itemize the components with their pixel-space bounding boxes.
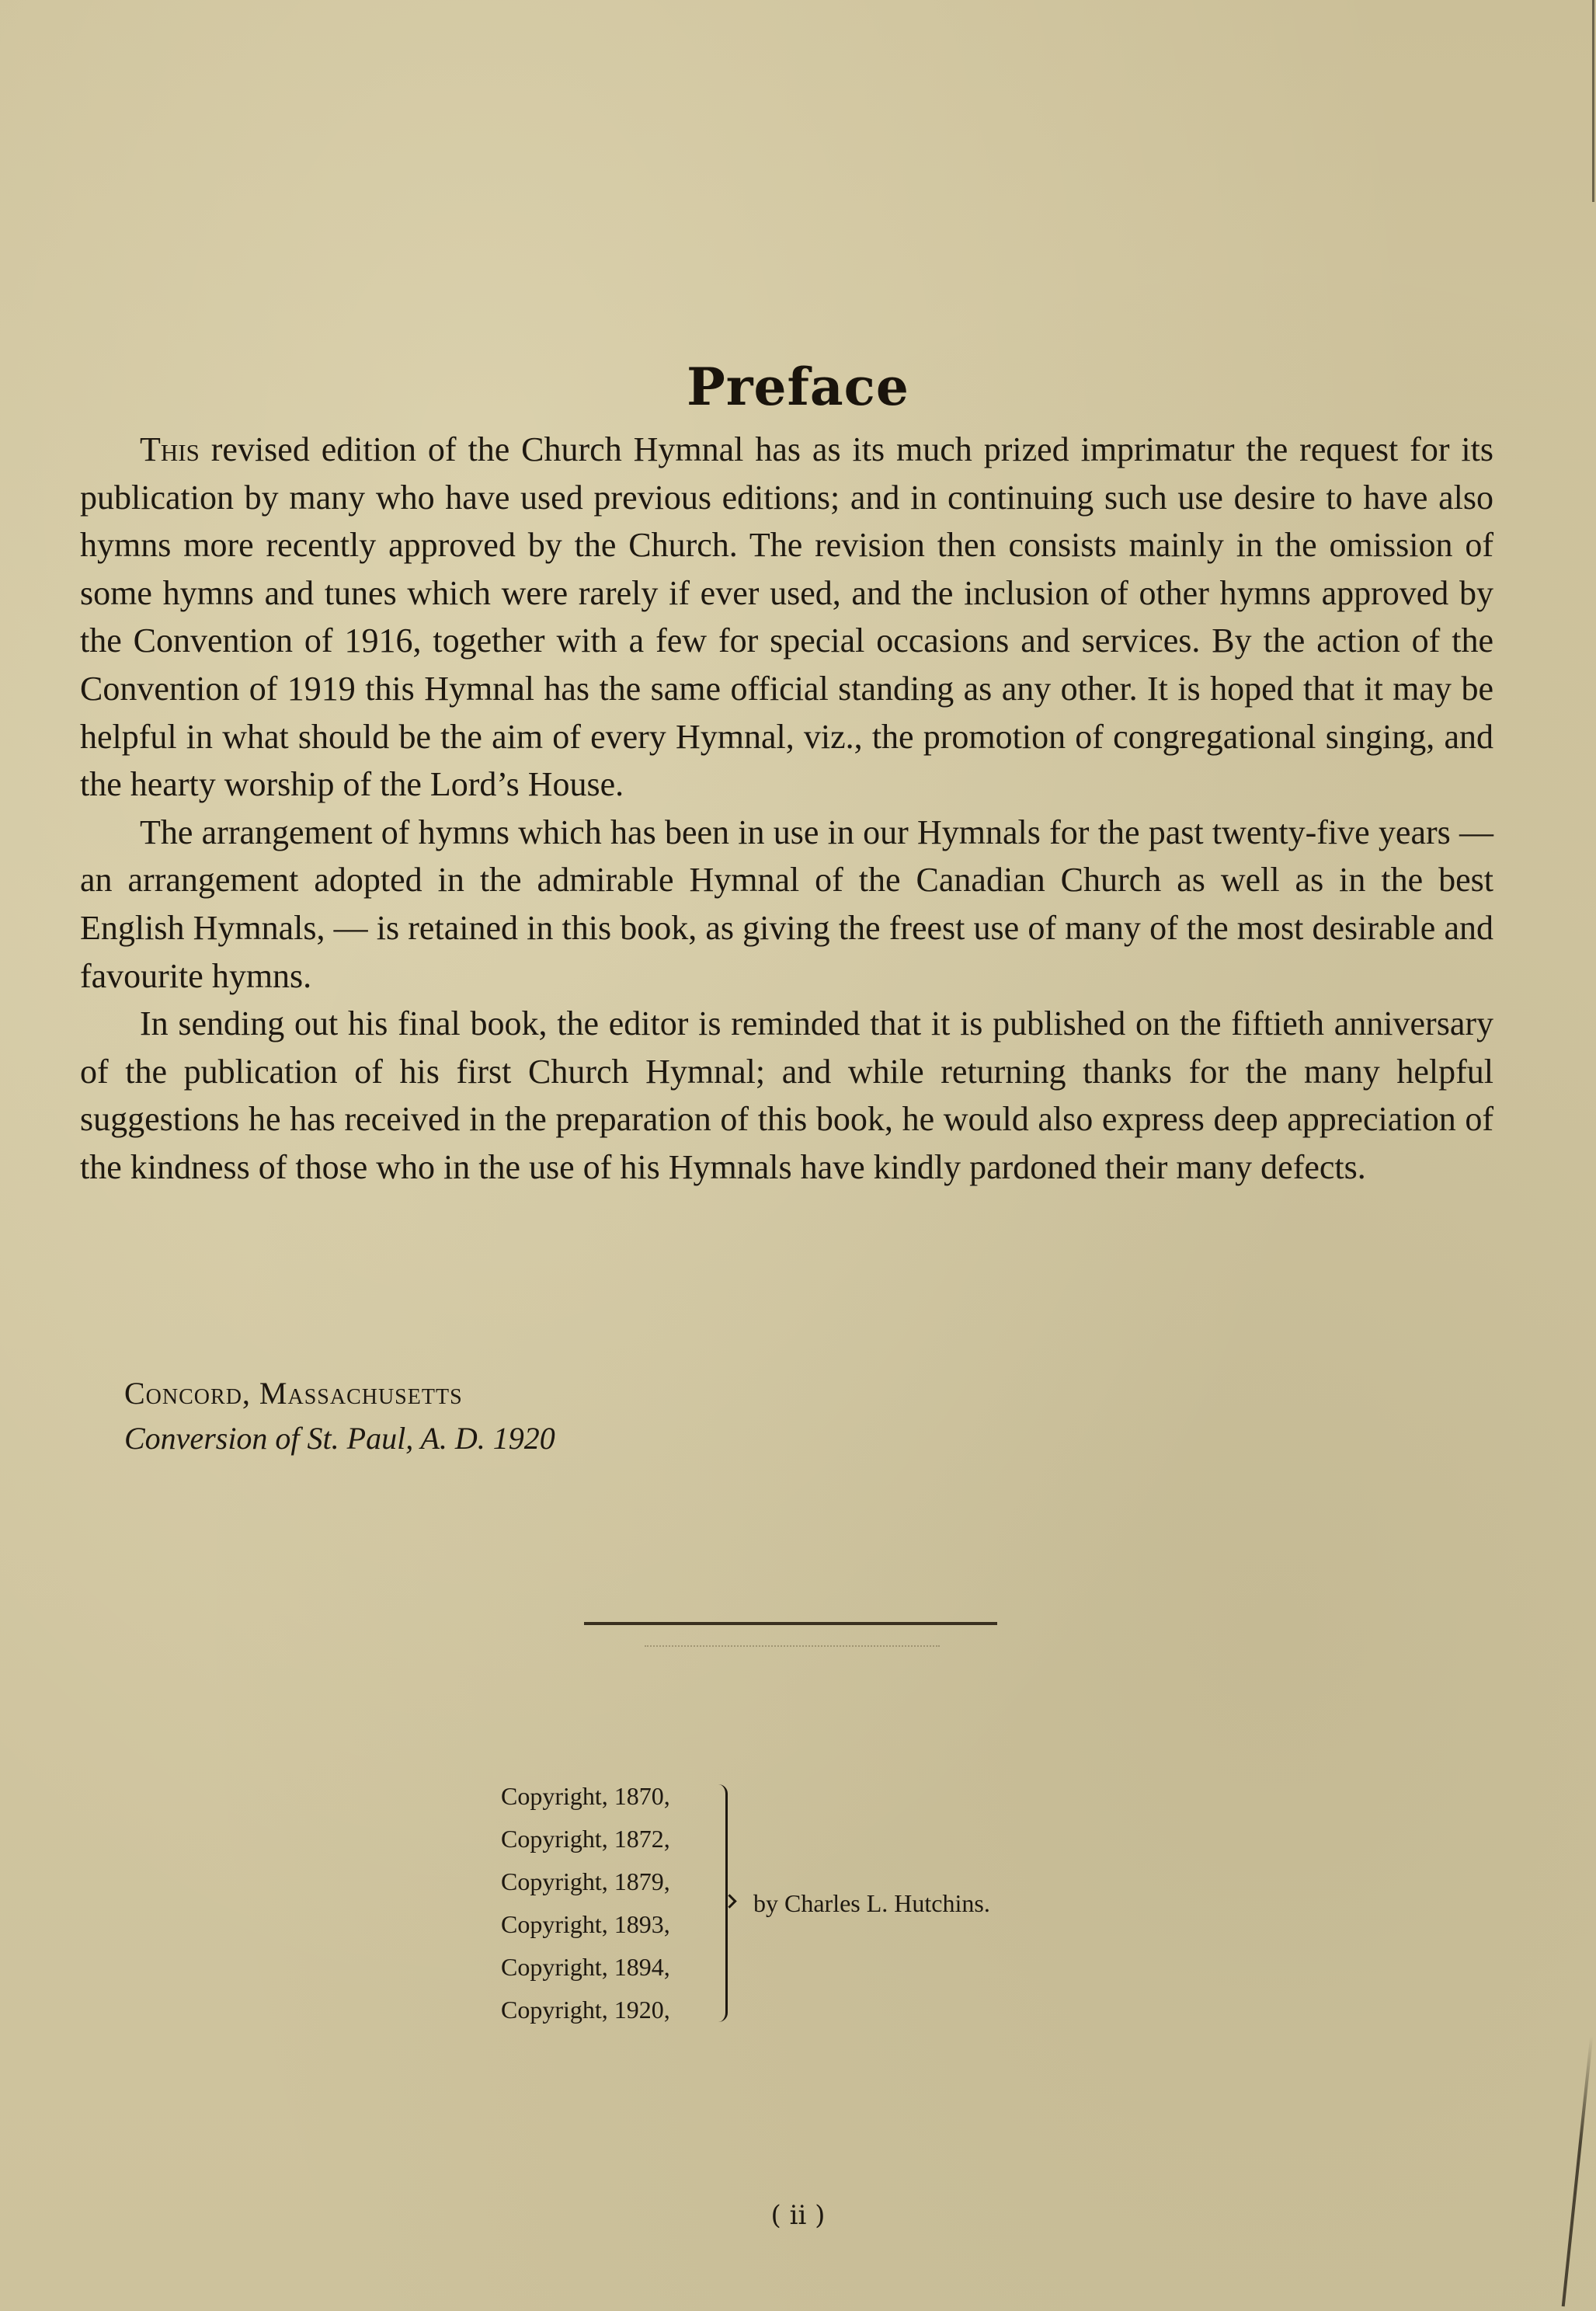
page-number: ( ii ) bbox=[0, 2200, 1596, 2231]
page-edge-mark bbox=[1562, 2036, 1594, 2307]
paragraph-3: In sending out his final book, the edito… bbox=[80, 1000, 1493, 1191]
divider-rule bbox=[584, 1622, 997, 1625]
preface-body: This revised edition of the Church Hymna… bbox=[80, 426, 1493, 1192]
copyright-line: Copyright, 1920, bbox=[501, 1989, 670, 2031]
copyright-block: Copyright, 1870, Copyright, 1872, Copyri… bbox=[501, 1775, 670, 2031]
faint-divider bbox=[645, 1645, 940, 1648]
copyright-owner: by Charles L. Hutchins. bbox=[753, 1882, 990, 1925]
paragraph-1: This revised edition of the Church Hymna… bbox=[80, 426, 1493, 809]
paragraph-lead-word: This bbox=[140, 430, 200, 468]
paragraph-text: revised edition of the Church Hymnal has… bbox=[80, 430, 1493, 803]
page-edge-mark bbox=[1592, 0, 1594, 202]
page-title: Preface bbox=[0, 357, 1596, 417]
copyright-line: Copyright, 1893, bbox=[501, 1903, 670, 1946]
copyright-line: Copyright, 1872, bbox=[501, 1818, 670, 1860]
copyright-list: Copyright, 1870, Copyright, 1872, Copyri… bbox=[501, 1775, 670, 2031]
copyright-line: Copyright, 1894, bbox=[501, 1946, 670, 1989]
signature-date: Conversion of St. Paul, A. D. 1920 bbox=[124, 1416, 555, 1461]
copyright-line: Copyright, 1879, bbox=[501, 1860, 670, 1903]
signature-block: Concord, Massachusetts Conversion of St.… bbox=[124, 1371, 555, 1461]
paragraph-2: The arrangement of hymns which has been … bbox=[80, 809, 1493, 1000]
copyright-line: Copyright, 1870, bbox=[501, 1775, 670, 1818]
signature-place: Concord, Massachusetts bbox=[124, 1371, 555, 1416]
